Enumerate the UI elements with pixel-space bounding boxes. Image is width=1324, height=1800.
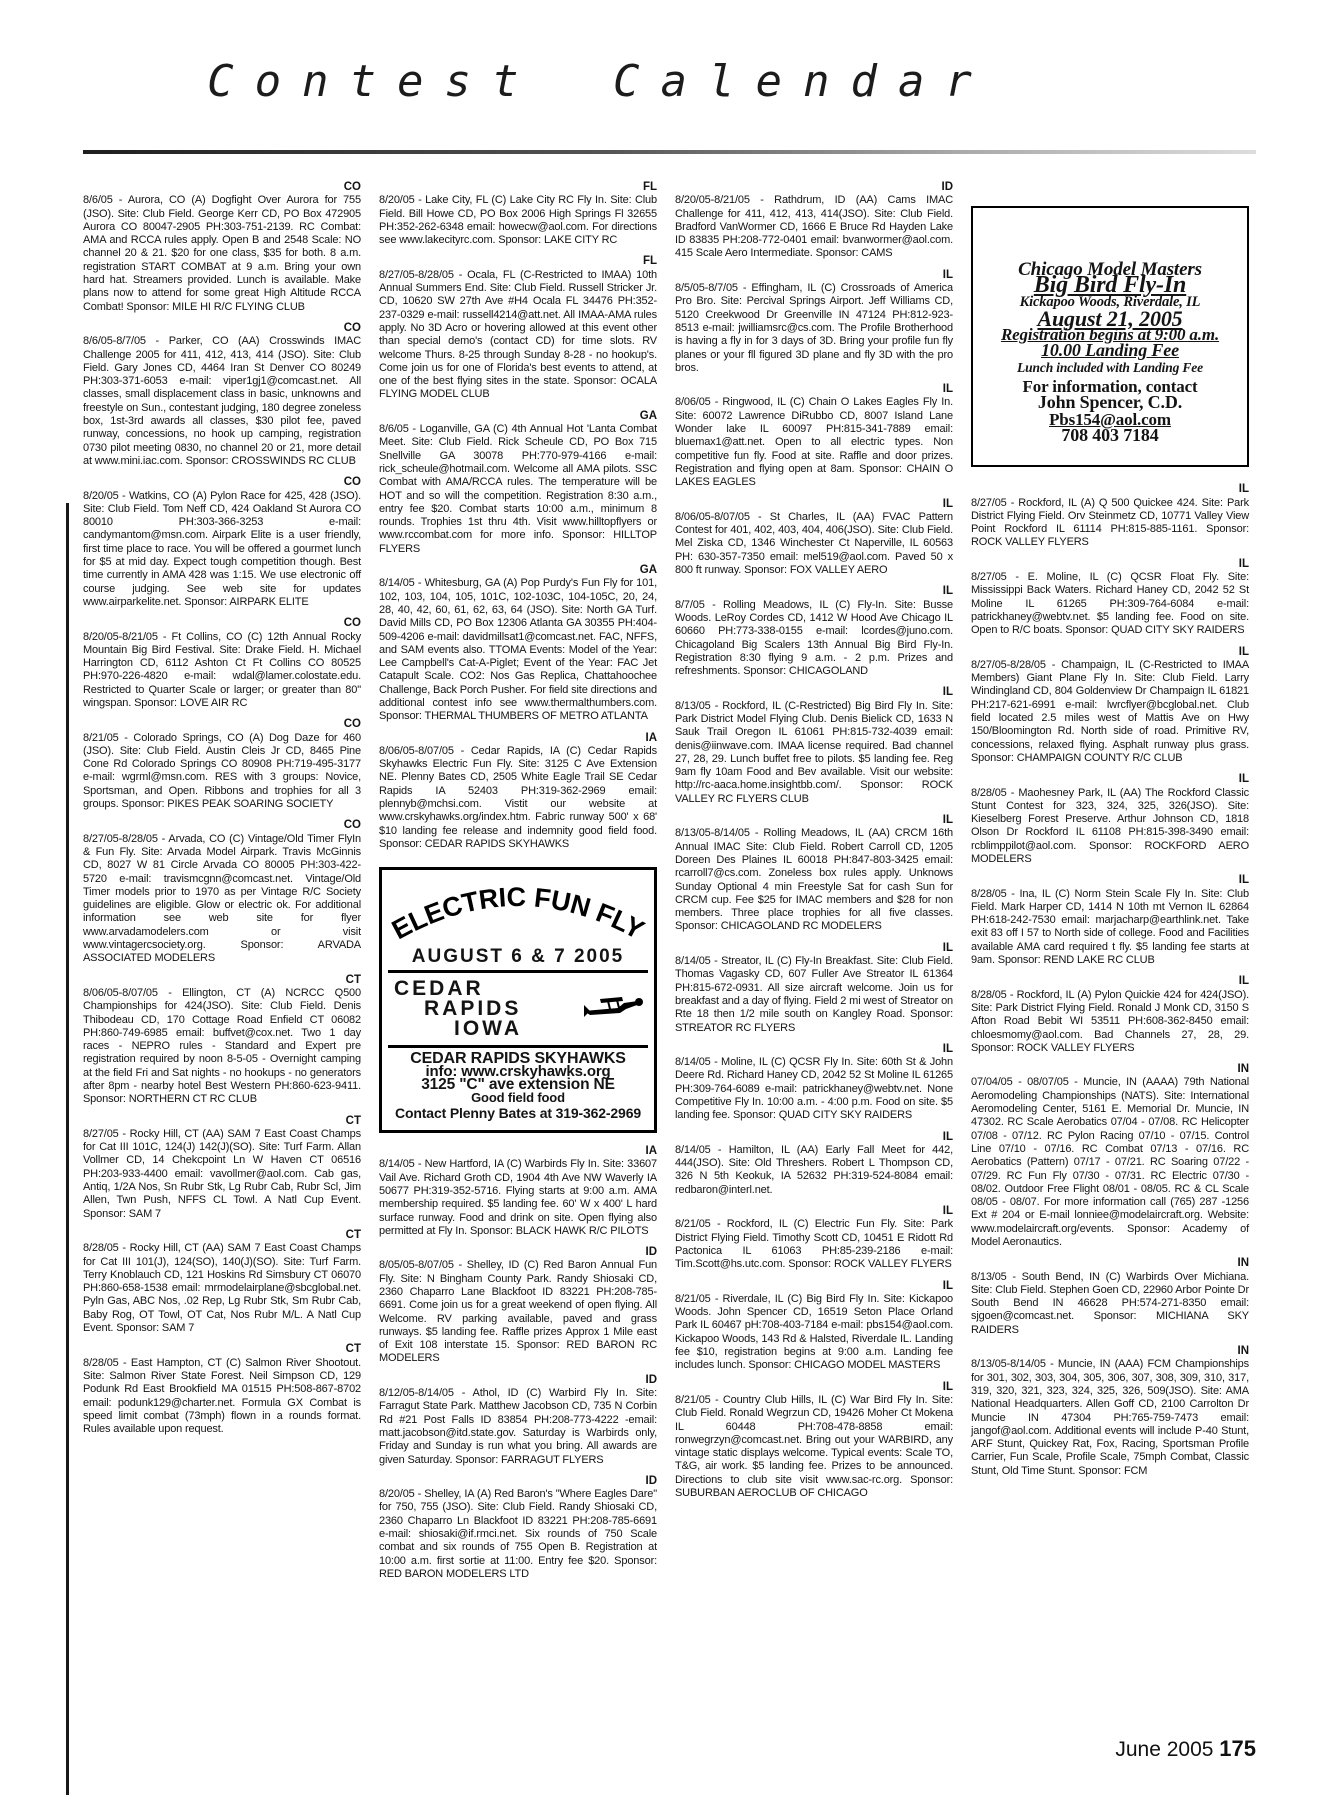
state-header: IL — [675, 1280, 953, 1293]
state-header: IL — [675, 942, 953, 955]
state-header: IL — [675, 814, 953, 827]
state-header: CO — [83, 718, 361, 731]
state-header: IL — [675, 1131, 953, 1144]
ad-date: August 21, 2005 — [981, 312, 1239, 325]
calendar-entry: 8/20/05 - Lake City, FL (C) Lake City RC… — [379, 194, 657, 247]
state-header: IL — [675, 686, 953, 699]
calendar-entry: 8/13/05 - South Bend, IN (C) Warbirds Ov… — [971, 1271, 1249, 1337]
calendar-entry: 8/6/05 - Aurora, CO (A) Dogfight Over Au… — [83, 194, 361, 314]
ad-city-block: CEDAR RAPIDS IOWA — [388, 977, 648, 1041]
calendar-entry: 8/28/05 - Rocky Hill, CT (AA) SAM 7 East… — [83, 1242, 361, 1335]
calendar-entry: 8/7/05 - Rolling Meadows, IL (C) Fly-In.… — [675, 599, 953, 679]
state-header: IL — [971, 646, 1249, 659]
calendar-entry: 8/20/05-8/21/05 - Rathdrum, ID (AA) Cams… — [675, 194, 953, 260]
calendar-entry: 8/27/05-8/28/05 - Ocala, FL (C-Restricte… — [379, 269, 657, 402]
ad-food-note: Good field food — [388, 1091, 648, 1104]
calendar-entry: 8/20/05-8/21/05 - Ft Collins, CO (C) 12t… — [83, 631, 361, 711]
ad-contact-email: Pbs154@aol.com — [981, 413, 1239, 426]
ad-address: 3125 "C" ave extension NE — [388, 1078, 648, 1091]
calendar-entry: 8/06/05-8/07/05 - Cedar Rapids, IA (C) C… — [379, 745, 657, 851]
ad-rule — [388, 970, 648, 973]
ad-landing-fee: 10.00 Landing Fee — [981, 344, 1239, 357]
ad-contact: Contact Plenny Bates at 319-362-2969 — [388, 1107, 648, 1120]
state-header: CO — [83, 819, 361, 832]
calendar-entry: 8/14/05 - New Hartford, IA (C) Warbirds … — [379, 1158, 657, 1238]
state-header: GA — [379, 410, 657, 423]
state-header: CO — [83, 322, 361, 335]
state-header: ID — [379, 1246, 657, 1259]
state-header: IL — [971, 558, 1249, 571]
calendar-entry: 8/13/05 - Rockford, IL (C-Restricted) Bi… — [675, 700, 953, 806]
biplane-icon — [580, 993, 644, 1027]
state-header: ID — [675, 181, 953, 194]
calendar-entry: 8/28/05 - Maohesney Park, IL (AA) The Ro… — [971, 787, 1249, 867]
calendar-column-4: Chicago Model Masters Big Bird Fly-In Ki… — [971, 180, 1249, 1478]
calendar-entry: 8/21/05 - Colorado Springs, CO (A) Dog D… — [83, 732, 361, 812]
state-header: IL — [675, 383, 953, 396]
calendar-entry: 8/12/05-8/14/05 - Athol, ID (C) Warbird … — [379, 1387, 657, 1467]
state-header: IN — [971, 1257, 1249, 1270]
state-header: FL — [379, 255, 657, 268]
state-header: IL — [675, 585, 953, 598]
electric-fun-fly-headline: ELECTRIC FUN FLY — [388, 876, 648, 948]
calendar-entry: 8/6/05 - Loganville, GA (C) 4th Annual H… — [379, 423, 657, 556]
calendar-entry: 07/04/05 - 08/07/05 - Muncie, IN (AAAA) … — [971, 1076, 1249, 1249]
electric-fun-fly-ad: ELECTRIC FUN FLY AUGUST 6 & 7 2005 CEDAR… — [379, 867, 657, 1133]
footer-issue: June 2005 — [1115, 1738, 1213, 1761]
state-header: IA — [379, 1145, 657, 1158]
state-header: IA — [379, 732, 657, 745]
calendar-entry: 8/14/05 - Whitesburg, GA (A) Pop Purdy's… — [379, 577, 657, 723]
state-header: CT — [83, 974, 361, 987]
state-header: IN — [971, 1345, 1249, 1358]
state-header: ID — [379, 1475, 657, 1488]
state-header: IL — [971, 773, 1249, 786]
calendar-entry: 8/5/05-8/7/05 - Effingham, IL (C) Crossr… — [675, 282, 953, 375]
calendar-entry: 8/27/05-8/28/05 - Arvada, CO (C) Vintage… — [83, 833, 361, 966]
calendar-entry: 8/21/05 - Rockford, IL (C) Electric Fun … — [675, 1218, 953, 1271]
page-edge-line — [66, 503, 69, 1795]
calendar-column-1: CO8/6/05 - Aurora, CO (A) Dogfight Over … — [83, 180, 361, 1436]
calendar-entry: 8/21/05 - Riverdale, IL (C) Big Bird Fly… — [675, 1293, 953, 1373]
calendar-entry: 8/27/05 - Rocky Hill, CT (AA) SAM 7 East… — [83, 1128, 361, 1221]
footer-page-number: 175 — [1219, 1736, 1256, 1761]
state-header: IN — [971, 1063, 1249, 1076]
calendar-entry: 8/13/05-8/14/05 - Rolling Meadows, IL (A… — [675, 827, 953, 933]
state-header: IL — [971, 483, 1249, 496]
state-header: CT — [83, 1115, 361, 1128]
chicago-model-masters-ad: Chicago Model Masters Big Bird Fly-In Ki… — [971, 206, 1249, 467]
ad-registration: Registration begins at 9:00 a.m. — [981, 328, 1239, 341]
calendar-entry: 8/28/05 - Rockford, IL (A) Pylon Quickie… — [971, 989, 1249, 1055]
state-header: CT — [83, 1343, 361, 1356]
calendar-entry: 8/06/05-8/07/05 - Ellington, CT (A) NCRC… — [83, 987, 361, 1107]
ad-contact-name: John Spencer, C.D. — [981, 396, 1239, 409]
calendar-column-3: ID8/20/05-8/21/05 - Rathdrum, ID (AA) Ca… — [675, 180, 953, 1500]
calendar-entry: 8/27/05 - Rockford, IL (A) Q 500 Quickee… — [971, 497, 1249, 550]
ad-dates: AUGUST 6 & 7 2005 — [388, 950, 648, 963]
state-header: IL — [675, 269, 953, 282]
state-header: CO — [83, 181, 361, 194]
calendar-entry: 8/6/05-8/7/05 - Parker, CO (AA) Crosswin… — [83, 335, 361, 468]
calendar-columns: CO8/6/05 - Aurora, CO (A) Dogfight Over … — [83, 180, 1258, 1581]
calendar-entry: 8/13/05-8/14/05 - Muncie, IN (AAA) FCM C… — [971, 1358, 1249, 1478]
calendar-entry: 8/05/05-8/07/05 - Shelley, ID (C) Red Ba… — [379, 1259, 657, 1365]
page-footer: June 2005 175 — [1115, 1736, 1256, 1762]
ad-rule — [388, 1045, 648, 1048]
state-header: CO — [83, 476, 361, 489]
arched-headline-graphic: ELECTRIC FUN FLY — [389, 876, 647, 948]
state-header: IL — [675, 1043, 953, 1056]
calendar-entry: 8/27/05 - E. Moline, IL (C) QCSR Float F… — [971, 571, 1249, 637]
calendar-entry: 8/20/05 - Shelley, IA (A) Red Baron's "W… — [379, 1488, 657, 1581]
state-header: FL — [379, 181, 657, 194]
calendar-entry: 8/28/05 - Ina, IL (C) Norm Stein Scale F… — [971, 888, 1249, 968]
state-header: IL — [971, 874, 1249, 887]
ad-contact-intro: For information, contact — [981, 380, 1239, 393]
calendar-entry: 8/20/05 - Watkins, CO (A) Pylon Race for… — [83, 490, 361, 610]
state-header: CT — [83, 1229, 361, 1242]
calendar-entry: 8/14/05 - Hamilton, IL (AA) Early Fall M… — [675, 1144, 953, 1197]
calendar-entry: 8/28/05 - East Hampton, CT (C) Salmon Ri… — [83, 1357, 361, 1437]
page-title: Contest Calendar — [20, 56, 1180, 107]
ad-event-name: Big Bird Fly-In — [981, 279, 1239, 292]
state-header: IL — [675, 1205, 953, 1218]
state-header: IL — [675, 1381, 953, 1394]
state-header: GA — [379, 564, 657, 577]
state-header: IL — [971, 975, 1249, 988]
calendar-entry: 8/06/05 - Ringwood, IL (C) Chain O Lakes… — [675, 396, 953, 489]
state-header: CO — [83, 617, 361, 630]
state-header: ID — [379, 1374, 657, 1387]
title-divider-rule — [83, 150, 1256, 154]
calendar-entry: 8/14/05 - Moline, IL (C) QCSR Fly In. Si… — [675, 1056, 953, 1122]
calendar-entry: 8/21/05 - Country Club Hills, IL (C) War… — [675, 1394, 953, 1500]
ad-contact-phone: 708 403 7184 — [981, 429, 1239, 442]
calendar-entry: 8/27/05-8/28/05 - Champaign, IL (C-Restr… — [971, 659, 1249, 765]
ad-lunch-note: Lunch included with Landing Fee — [981, 361, 1239, 374]
calendar-entry: 8/06/05-8/07/05 - St Charles, IL (AA) FV… — [675, 511, 953, 577]
calendar-column-2: FL8/20/05 - Lake City, FL (C) Lake City … — [379, 180, 657, 1581]
svg-text:ELECTRIC FUN FLY: ELECTRIC FUN FLY — [389, 882, 647, 945]
state-header: IL — [675, 498, 953, 511]
calendar-entry: 8/14/05 - Streator, IL (C) Fly-In Breakf… — [675, 955, 953, 1035]
